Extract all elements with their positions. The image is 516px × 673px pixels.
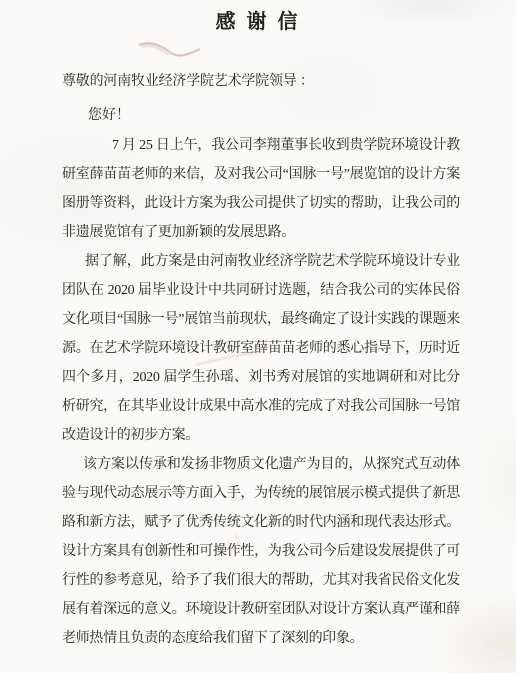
letter-page: 感 谢 信 尊敬的河南牧业经济学院艺术学院领导 ： 您好！ 7 月 25 日上午… [0, 0, 516, 673]
greeting: 您好！ [88, 105, 130, 127]
letter-body: 7 月 25 日上午，我公司李翔董事长收到贵学院环境设计教研室薛苗苗老师的来信，… [62, 131, 460, 653]
paragraph-2: 据了解，此方案是由河南牧业经济学院艺术学院环境设计专业团队在 2020 届毕业设… [62, 247, 460, 450]
scan-scratch-artifact [139, 43, 200, 55]
salutation: 尊敬的河南牧业经济学院艺术学院领导 ： [62, 71, 314, 93]
scan-scratch-glow-artifact [141, 46, 169, 55]
paragraph-3: 该方案以传承和发扬非物质文化遗产为目的，从探究式互动体验与现代动态展示等方面入手… [62, 450, 460, 653]
letter-title: 感 谢 信 [0, 8, 516, 36]
paragraph-1: 7 月 25 日上午，我公司李翔董事长收到贵学院环境设计教研室薛苗苗老师的来信，… [62, 131, 460, 247]
